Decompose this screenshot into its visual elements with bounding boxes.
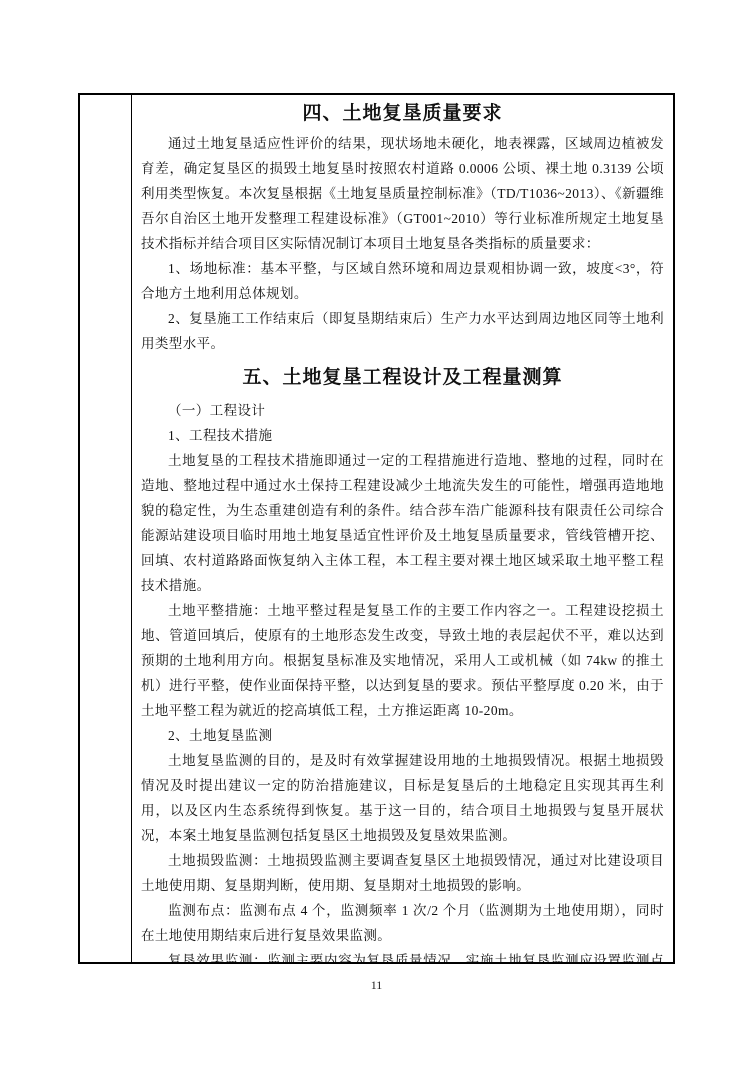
section-5-paragraph-monitoring-purpose: 土地复垦监测的目的，是及时有效掌握建设用地的土地损毁情况。根据土地损毁情况及时提… xyxy=(141,748,664,848)
document-table: 四、土地复垦质量要求 通过土地复垦适应性评价的结果，现状场地未硬化，地表裸露，区… xyxy=(78,93,675,964)
section-5-paragraph-monitoring-points: 监测布点：监测布点 4 个，监测频率 1 次/2 个月（监测期为土地使用期），同… xyxy=(141,898,664,948)
section-5-title: 五、土地复垦工程设计及工程量测算 xyxy=(141,364,664,391)
section-4-title: 四、土地复垦质量要求 xyxy=(141,100,664,127)
section-5-paragraph-damage-monitoring: 土地损毁监测：土地损毁监测主要调查复垦区土地损毁情况，通过对比建设项目土地使用期… xyxy=(141,848,664,898)
section-4-paragraph-item-2: 2、复垦施工工作结束后（即复垦期结束后）生产力水平达到周边地区同等土地利用类型水… xyxy=(141,306,664,356)
table-left-column xyxy=(80,95,132,962)
section-5-paragraph-land-leveling: 土地平整措施：土地平整过程是复垦工作的主要工作内容之一。工程建设挖损土地、管道回… xyxy=(141,598,664,723)
section-4-paragraph-intro: 通过土地复垦适应性评价的结果，现状场地未硬化，地表裸露，区域周边植被发育差，确定… xyxy=(141,131,664,256)
section-5-subheading-tech-measures: 1、工程技术措施 xyxy=(141,423,664,448)
section-4-paragraph-item-1: 1、场地标准：基本平整，与区域自然环境和周边景观相协调一致，坡度<3°，符合地方… xyxy=(141,256,664,306)
section-5-paragraph-tech-measures: 土地复垦的工程技术措施即通过一定的工程措施进行造地、整地的过程，同时在造地、整地… xyxy=(141,448,664,598)
section-5-paragraph-effect-monitoring: 复垦效果监测：监测主要内容为复垦质量情况。实施土地复垦监测应设置监测点和监测 xyxy=(141,948,664,962)
section-5-subheading-monitoring: 2、土地复垦监测 xyxy=(141,723,664,748)
section-5-subheading-design: （一）工程设计 xyxy=(141,398,664,423)
table-content-column: 四、土地复垦质量要求 通过土地复垦适应性评价的结果，现状场地未硬化，地表裸露，区… xyxy=(132,95,673,962)
page-number: 11 xyxy=(0,978,753,993)
document-page: 四、土地复垦质量要求 通过土地复垦适应性评价的结果，现状场地未硬化，地表裸露，区… xyxy=(0,0,753,1066)
